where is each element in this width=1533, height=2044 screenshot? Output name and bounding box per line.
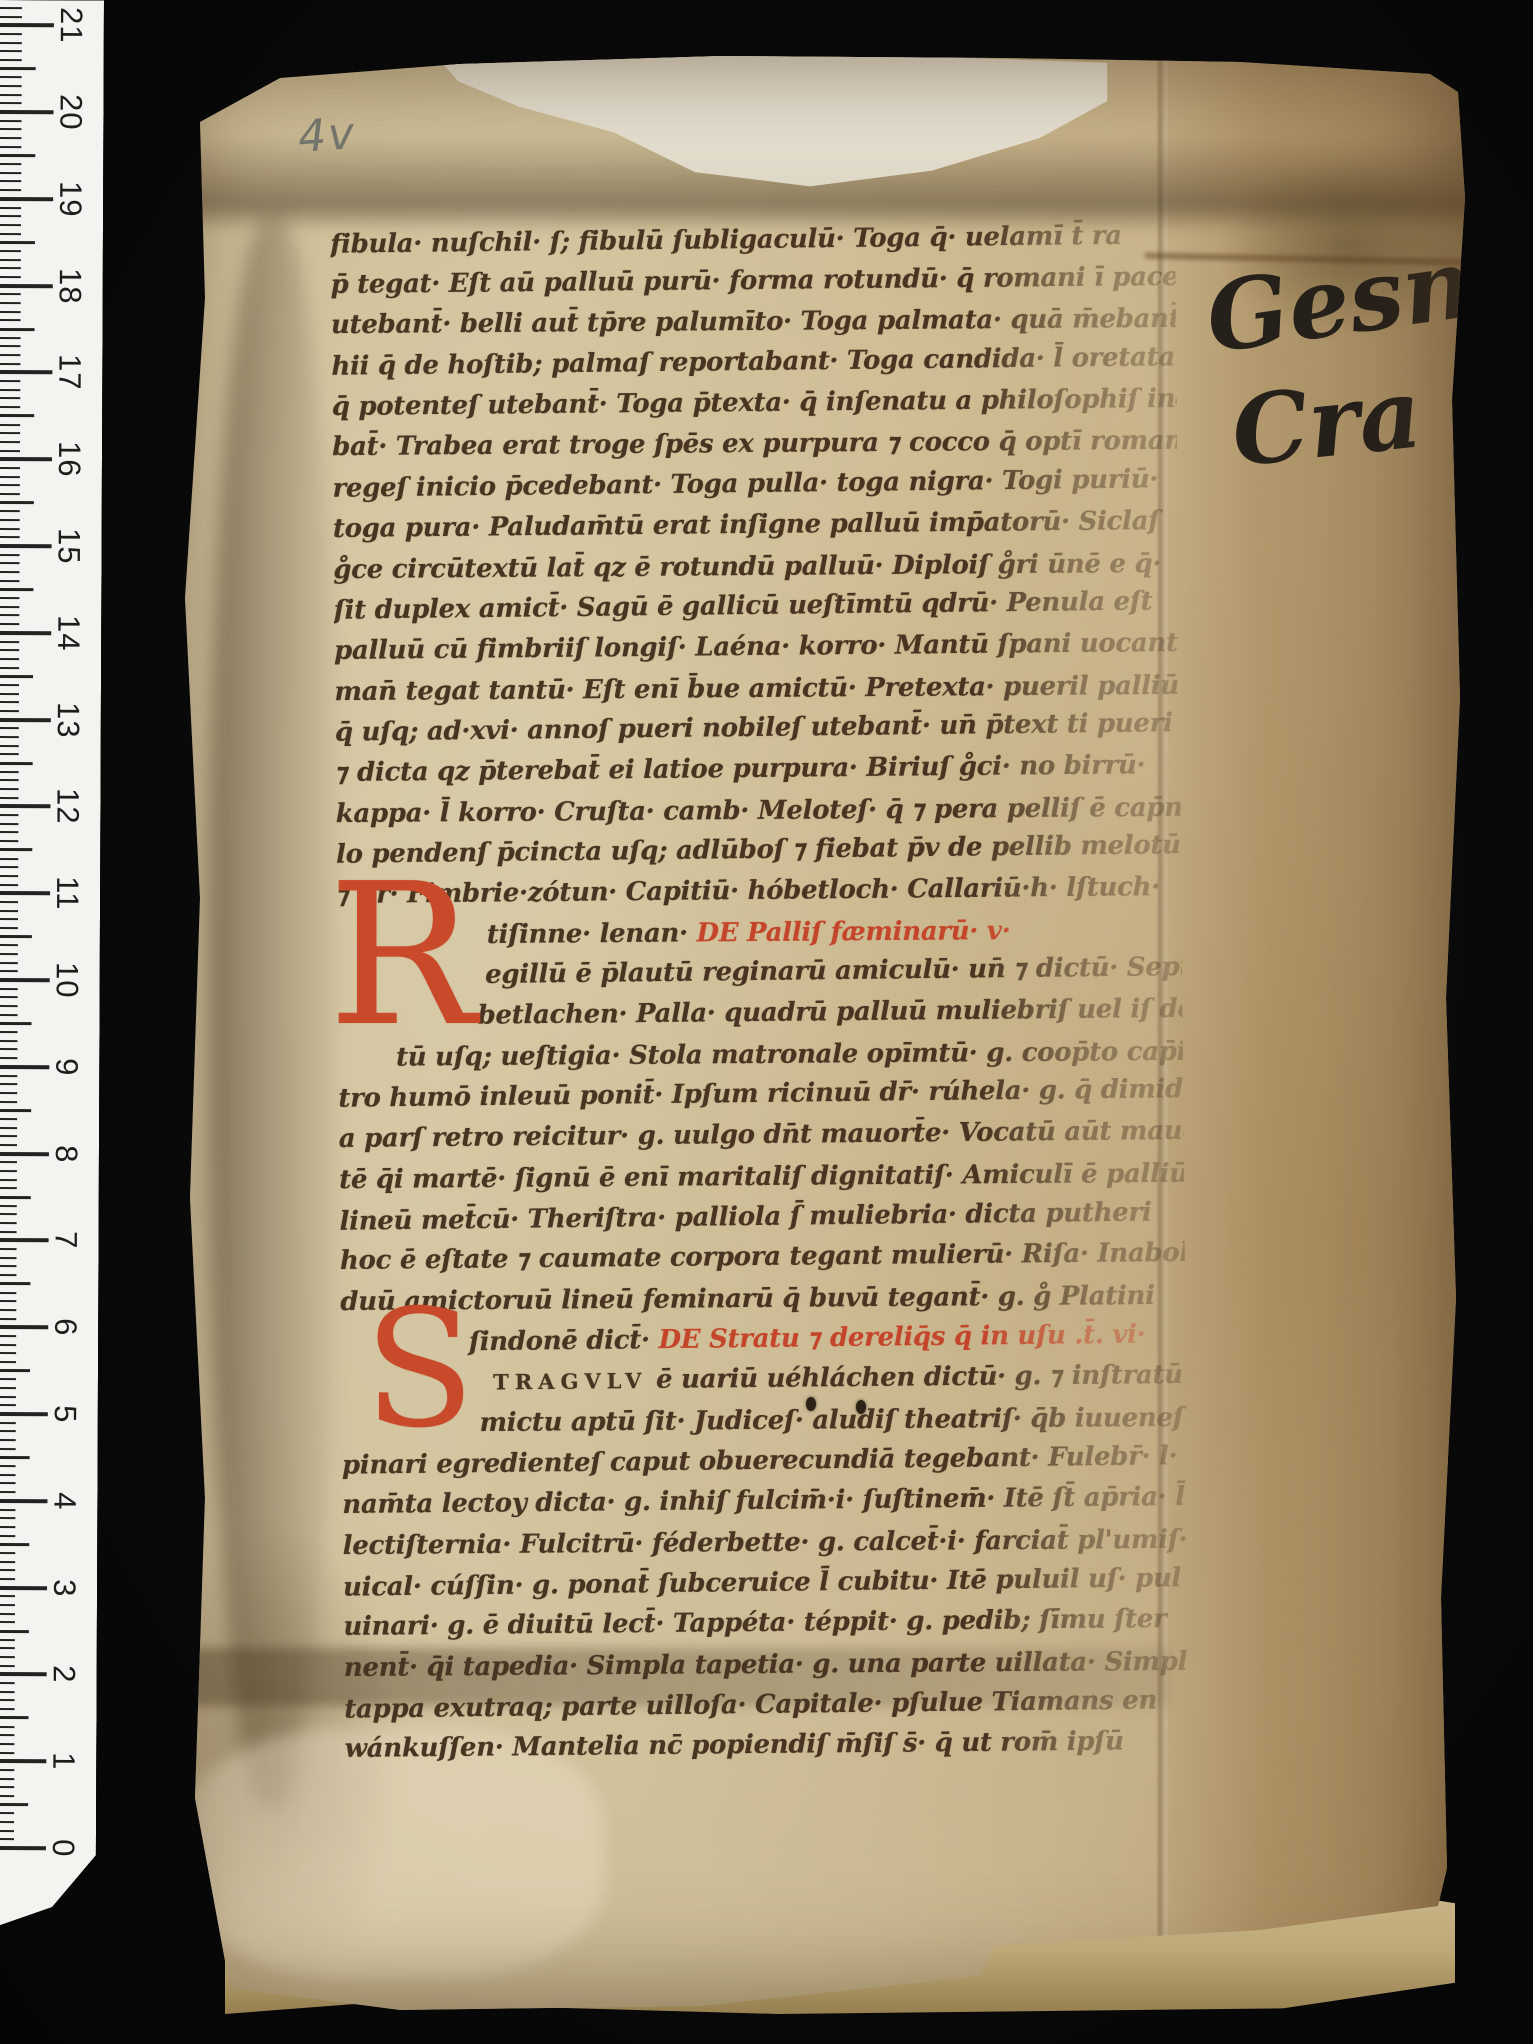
ruler-tick <box>0 1786 14 1788</box>
ruler-tick <box>0 85 22 87</box>
body-text: lineū met̄cū· Theriſtra· palliola ſ̄ mul… <box>339 1197 1151 1236</box>
ruler-tick <box>0 293 21 295</box>
ruler-tick <box>0 848 32 851</box>
ruler-tick <box>0 761 33 764</box>
ruler-tick <box>0 1491 15 1493</box>
ruler-tick <box>0 1708 15 1710</box>
ruler-tick <box>0 1665 15 1667</box>
ruler-number: 19 <box>53 180 87 218</box>
ruler-tick <box>0 1629 29 1632</box>
manuscript-line: ⁊ dicta qz p̄terebat̄ ei latioe purpura·… <box>335 745 1180 794</box>
body-text: p̄ tegat· Eſt aū palluū purū· forma rotu… <box>330 262 1175 300</box>
ruler-tick <box>0 1412 48 1416</box>
ruler-tick <box>0 110 54 114</box>
ruler-tick <box>0 1586 47 1590</box>
ruler-tick <box>0 1647 15 1649</box>
ruler-tick <box>0 1821 14 1823</box>
ruler-tick <box>0 1656 15 1658</box>
ruler-number: 14 <box>51 614 85 652</box>
ruler-tick <box>0 76 22 78</box>
ruler-tick <box>0 1265 16 1267</box>
ruler-tick <box>0 1803 28 1806</box>
body-text: a parſ retro reicitur· g. uulgo dn̄t mau… <box>339 1116 1184 1154</box>
ruler-tick <box>0 1065 49 1069</box>
ruler-tick <box>0 1682 15 1684</box>
repair-patch <box>438 50 1114 192</box>
ruler-tick <box>0 1639 15 1641</box>
ruler-number: 21 <box>54 6 88 44</box>
ruler-tick <box>0 1369 30 1372</box>
ruler-tick <box>0 1699 15 1701</box>
ruler-tick <box>0 1361 16 1363</box>
ruler-tick <box>0 120 21 122</box>
ruler-tick <box>0 1691 15 1693</box>
marginal-inscription-line2: Cra <box>1227 356 1427 488</box>
ruler-tick <box>0 215 21 217</box>
ruler-tick <box>0 1578 15 1580</box>
ruler-tick <box>0 224 21 226</box>
ruler-tick <box>0 840 18 842</box>
ruler-tick <box>0 1751 14 1753</box>
stain-left-smudge <box>208 218 338 1808</box>
rubric-text: DE Palliſ fæminarū· v· <box>696 916 1010 948</box>
ruler-tick <box>0 788 19 790</box>
ruler-tick <box>0 476 20 478</box>
ruler-tick <box>0 519 20 521</box>
ruler-tick <box>0 1716 29 1719</box>
body-text: bat̄· Trabea erat troge ſpēs ex purpura … <box>332 426 1177 463</box>
body-text: q̄ potenteſ utebant̄· Toga p̄texta· q̄ i… <box>332 383 1177 421</box>
body-text: tappa exutraq; parte uilloſa· Capitale· … <box>344 1685 1157 1724</box>
ruler-tick <box>0 1778 14 1780</box>
ruler-tick <box>0 1482 16 1484</box>
ruler-tick <box>0 1118 17 1120</box>
body-text: man̄ tegat tantū· Eſt enī b̄ue amictū· P… <box>334 670 1179 707</box>
ruler-tick <box>0 953 18 955</box>
ruler-number: 1 <box>46 1742 80 1780</box>
ruler-tick <box>0 528 20 530</box>
ruler-tick <box>0 354 20 356</box>
ruler-tick <box>0 978 50 982</box>
body-text: uical· cúſſin· g. ponat̄ ſubceruice l̄ c… <box>343 1563 1181 1603</box>
ruler-tick <box>0 1335 16 1337</box>
ruler-tick <box>0 1300 16 1302</box>
ruler-tick <box>0 1795 14 1797</box>
ruler-tick <box>0 1613 15 1615</box>
body-text: ſit duplex amict̄· Sagū ē gallicū ueſtīm… <box>334 587 1153 626</box>
ruler-tick <box>0 996 18 998</box>
ruler-tick <box>0 197 53 201</box>
ruler-tick <box>0 137 21 139</box>
ruler-tick <box>0 15 22 17</box>
ruler-tick <box>0 536 20 538</box>
ruler-tick <box>0 1517 15 1519</box>
ruler-tick <box>0 1595 15 1597</box>
ruler-tick <box>0 727 19 729</box>
ruler-tick <box>0 1448 16 1450</box>
ruler-tick <box>0 1621 15 1623</box>
ruler-tick <box>0 493 20 495</box>
ruler-tick <box>0 1378 16 1380</box>
ruler-tick <box>0 1725 14 1727</box>
ruler-tick <box>0 7 22 9</box>
folio-number: 4v <box>296 108 357 163</box>
body-text: ⁊ dicta qz p̄terebat̄ ei latioe purpura·… <box>335 750 1145 788</box>
ruler-number: 10 <box>50 961 84 999</box>
ruler-tick <box>0 163 21 165</box>
ruler-tick <box>0 1092 17 1094</box>
body-text: tū uſq; ueſtigia· Stola matronale opīmtū… <box>396 1036 1183 1073</box>
ruler-tick <box>0 1769 14 1771</box>
ruler-tick <box>0 414 34 417</box>
ruler-tick <box>0 276 21 278</box>
ruler-tick <box>0 311 21 313</box>
ruler-tick <box>0 1846 46 1850</box>
photo-background: 2120191817161514131211109876543210 4v fi… <box>0 0 1533 2044</box>
ruler-tick <box>0 571 20 573</box>
ruler-tick <box>0 771 19 773</box>
ruler-tick <box>0 1838 14 1840</box>
ruler-tick <box>0 675 33 678</box>
ruler-tick <box>0 1005 18 1007</box>
body-text: ē uariū uéhláchen dictū· g. ⁊ inſtratū ⁊… <box>647 1359 1186 1395</box>
ruler-tick <box>0 910 18 912</box>
ruler-tick <box>0 1109 31 1112</box>
ruler-tick <box>0 631 51 635</box>
body-text: ſindonē dict̄· <box>469 1325 659 1357</box>
ruler-tick <box>0 94 22 96</box>
ruler-tick <box>0 1282 30 1285</box>
manuscript-page: 4v fibula· nuſchil· ſ; fibulū ſubligacul… <box>160 48 1470 2016</box>
ruler-tick <box>0 1170 17 1172</box>
ruler-tick <box>0 42 22 44</box>
ruler-tick <box>0 1205 17 1207</box>
ruler-tick <box>0 866 18 868</box>
ruler-tick <box>0 423 20 425</box>
body-text: tiſinne· lenan· <box>487 918 697 950</box>
ruler-tick <box>0 146 21 148</box>
ruler-tick <box>0 302 21 304</box>
ruler-tick <box>0 345 20 347</box>
ruler-tick <box>0 1499 47 1503</box>
ruler-tick <box>0 1022 32 1025</box>
ruler-tick <box>0 1231 17 1233</box>
ruler-number: 6 <box>48 1308 82 1346</box>
ruler-tick <box>0 1040 17 1042</box>
ruler-tick <box>0 745 19 747</box>
ruler-tick <box>0 1508 15 1510</box>
ruler-tick <box>0 1074 17 1076</box>
ruler-tick <box>0 457 52 461</box>
ruler-tick <box>0 944 18 946</box>
ruler-tick <box>0 33 22 35</box>
ruler-number: 13 <box>51 701 85 739</box>
body-text: uinari· g. ē diuitū lect̄· Tappéta· tépp… <box>343 1604 1166 1642</box>
ruler-tick <box>0 1672 47 1676</box>
ruler-tick <box>0 259 21 261</box>
ruler-number: 18 <box>53 267 87 305</box>
ruler-tick <box>0 779 19 781</box>
ruler-tick <box>0 1534 15 1536</box>
ruler: 2120191817161514131211109876543210 <box>0 0 104 1928</box>
marginal-inscription-line1: Gesn <box>1199 226 1479 375</box>
ruler-tick <box>0 206 21 208</box>
ruler-tick <box>0 804 50 808</box>
ruler-number: 15 <box>52 527 86 565</box>
ruler-number: 5 <box>48 1395 82 1433</box>
ruler-number: 8 <box>49 1135 83 1173</box>
ruler-number: 3 <box>47 1569 81 1607</box>
body-text: mictu aptū ſit· Judiceſ· aludiſ theatriſ… <box>479 1402 1186 1438</box>
body-text: kappa· l̄ korro· Cruſta· camb· Meloteſ· … <box>336 792 1181 829</box>
body-text: wánkuſſen· Mantelia nc̄ popiendiſ m̄ſiſ … <box>344 1727 1123 1764</box>
ruler-tick <box>0 441 20 443</box>
ruler-tick <box>0 1569 15 1571</box>
ruler-tick <box>0 875 18 877</box>
ruler-tick <box>0 189 21 191</box>
ruler-tick <box>0 1465 16 1467</box>
ruler-tick <box>0 172 21 174</box>
ruler-tick <box>0 232 21 234</box>
ruler-tick <box>0 1604 15 1606</box>
body-text: regeſ inicio p̄cedebant· Toga pulla· tog… <box>332 464 1158 503</box>
manuscript-line: toga pura· Paludam̄tū erat inſigne pallu… <box>333 501 1178 550</box>
ruler-number: 4 <box>47 1482 81 1520</box>
ruler-tick <box>0 901 18 903</box>
ruler-tick <box>0 1743 14 1745</box>
ruler-tick <box>0 23 54 27</box>
ruler-tick <box>0 1317 16 1319</box>
ruler-tick <box>0 180 21 182</box>
ruler-number: 9 <box>49 1048 83 1086</box>
ruler-tick <box>0 814 18 816</box>
ruler-tick <box>0 1396 16 1398</box>
ruler-tick <box>0 267 21 269</box>
ruler-tick <box>0 50 22 52</box>
ruler-tick <box>0 467 20 469</box>
ruler-tick <box>0 1344 16 1346</box>
body-text: TRAGVLV <box>493 1368 647 1394</box>
ruler-tick <box>0 649 19 651</box>
ruler-tick <box>0 1474 16 1476</box>
ruler-tick <box>0 1127 17 1129</box>
ruler-tick <box>0 1274 16 1276</box>
body-text: toga pura· Paludam̄tū erat inſigne pallu… <box>333 506 1159 544</box>
ruler-tick <box>0 406 20 408</box>
ruler-tick <box>0 1179 17 1181</box>
body-text: lectiſternia· Fulcitrū· féderbette· g. c… <box>343 1524 1188 1561</box>
ruler-tick <box>0 484 20 486</box>
ruler-tick <box>0 1222 17 1224</box>
ruler-tick <box>0 1526 15 1528</box>
ruler-number: 11 <box>50 874 84 912</box>
ruler-tick <box>0 597 19 599</box>
ruler-tick <box>0 883 18 885</box>
manuscript-line: palluū cū fimbriiſ longiſ· Laéna· korro·… <box>334 623 1179 672</box>
ruler-tick <box>0 918 18 920</box>
ruler-tick <box>0 927 18 929</box>
body-text: nent̄· q̄i tapedia· Simpla tapetia· g. u… <box>344 1647 1189 1683</box>
ruler-tick <box>0 1135 17 1137</box>
ruler-tick <box>0 1187 17 1189</box>
ruler-tick <box>0 1404 16 1406</box>
ruler-number: 2 <box>47 1656 81 1694</box>
ruler-tick <box>0 1195 31 1198</box>
ruler-tick <box>0 962 18 964</box>
ruler-tick <box>0 1152 49 1156</box>
ruler-tick <box>0 1759 46 1763</box>
ruler-tick <box>0 588 33 591</box>
drop-cap-s: S <box>364 1300 475 1440</box>
drop-cap-r: R <box>328 876 476 1036</box>
ruler-tick <box>0 736 19 738</box>
ruler-tick <box>0 370 52 374</box>
ruler-tick <box>0 1161 17 1163</box>
ruler-tick <box>0 1031 18 1033</box>
ruler-tick <box>0 380 20 382</box>
ruler-tick <box>0 562 20 564</box>
ruler-tick <box>0 823 18 825</box>
ruler-tick <box>0 319 21 321</box>
ruler-number: 0 <box>46 1829 80 1867</box>
ruler-tick <box>0 857 18 859</box>
ruler-tick <box>0 241 35 244</box>
ruler-tick <box>0 718 51 722</box>
ruler-tick <box>0 753 19 755</box>
ruler-tick <box>0 1325 48 1329</box>
ruler-tick <box>0 154 35 157</box>
body-text: tē q̄i martē· ſignū ē enī maritaliſ dign… <box>339 1159 1184 1195</box>
ruler-tick <box>0 327 35 330</box>
body-text: hii q̄ de hoſtib; palmaſ reportabant· To… <box>331 342 1175 382</box>
ruler-tick <box>0 1352 16 1354</box>
ruler-tick <box>0 1812 14 1814</box>
ruler-tick <box>0 1543 29 1546</box>
ruler-tick <box>0 970 18 972</box>
ruler-tick <box>0 1100 17 1102</box>
ruler-number: 16 <box>52 440 86 478</box>
ruler-tick <box>0 1439 16 1441</box>
ruler-tick <box>0 544 52 548</box>
ruler-tick <box>0 59 22 61</box>
ruler-tick <box>0 554 20 556</box>
ruler-number: 7 <box>49 1222 83 1260</box>
ruler-tick <box>0 693 19 695</box>
ruler-tick <box>0 250 21 252</box>
ruler-tick <box>0 701 19 703</box>
ruler-tick <box>0 1430 16 1432</box>
ruler-tick <box>0 1456 30 1459</box>
ruler-tick <box>0 640 19 642</box>
ruler-tick <box>0 666 19 668</box>
ruler-tick <box>0 606 19 608</box>
ruler-tick <box>0 1248 17 1250</box>
ruler-tick <box>0 684 19 686</box>
body-text: nam̄ta lectoy dicta· g. inhiſ fulcim̄·i·… <box>342 1482 1185 1520</box>
ruler-tick <box>0 102 22 104</box>
ruler-tick <box>0 1422 16 1424</box>
ruler-tick <box>0 389 20 391</box>
ruler-tick <box>0 449 20 451</box>
ruler-tick <box>0 580 19 582</box>
ruler-tick <box>0 614 19 616</box>
ruler-tick <box>0 1083 17 1085</box>
ruler-tick <box>0 1291 16 1293</box>
ruler-tick <box>0 1057 17 1059</box>
body-text: palluū cū fimbriiſ longiſ· Laéna· korro·… <box>334 628 1179 666</box>
ruler-tick <box>0 1387 16 1389</box>
ruler-tick <box>0 710 19 712</box>
ruler-tick <box>0 1561 15 1563</box>
ruler-tick <box>0 1014 18 1016</box>
ruler-tick <box>0 831 18 833</box>
ruler-tick <box>0 658 19 660</box>
body-text: q̄ uſq; ad·xvi· annoſ pueri nobileſ uteb… <box>335 708 1173 748</box>
ruler-tick <box>0 1552 15 1554</box>
manuscript-line: a parſ retro reicitur· g. uulgo dn̄t mau… <box>339 1111 1184 1160</box>
ruler-tick <box>0 397 20 399</box>
ruler-tick <box>0 1309 16 1311</box>
ruler-tick <box>0 1144 17 1146</box>
ruler-tick <box>0 337 21 339</box>
ruler-tick <box>0 510 20 512</box>
body-text: betlachen· Palla· quadrū palluū muliebri… <box>477 993 1182 1030</box>
ruler-tick <box>0 67 36 70</box>
ruler-number: 17 <box>52 354 86 392</box>
body-text: fibula· nuſchil· ſ; fibulū ſubligaculū· … <box>330 221 1122 260</box>
body-text: utebant̄· belli aut̄ tp̄re palumīto· Tog… <box>331 304 1176 340</box>
ruler-number: 20 <box>53 93 87 131</box>
ruler-tick <box>0 988 18 990</box>
rubric-text: DE Stratu ⁊ dereliq̄s q̄ in uſu .t̄. vi· <box>658 1319 1145 1355</box>
ruler-tick <box>0 501 34 504</box>
ruler-tick <box>0 284 53 288</box>
ruler-tick <box>0 935 32 938</box>
ruler-tick <box>0 1238 49 1242</box>
ruler-tick <box>0 1830 14 1832</box>
body-text: egillū ē p̄lautū reginarū amiculū· un̄ ⁊… <box>485 952 1182 991</box>
ruler-tick <box>0 797 19 799</box>
body-text: tro humō inleuū ponit̄· Ipſum ricinuū dr… <box>338 1074 1183 1114</box>
ruler-tick <box>0 1048 17 1050</box>
ruler-number: 12 <box>50 788 84 826</box>
body-text: g̊ce circūtextū lat̄ qz ē rotundū palluū… <box>333 548 1161 584</box>
ruler-tick <box>0 1734 14 1736</box>
ruler-tick <box>0 128 21 130</box>
body-text: hoc ē eſtate ⁊ caumate corpora tegant mu… <box>340 1238 1185 1276</box>
ruler-tick <box>0 1213 17 1215</box>
ruler-tick <box>0 363 20 365</box>
ruler-tick <box>0 1257 17 1259</box>
ruler-tick <box>0 891 50 895</box>
ruler-tick <box>0 623 19 625</box>
ruler-tick <box>0 432 20 434</box>
